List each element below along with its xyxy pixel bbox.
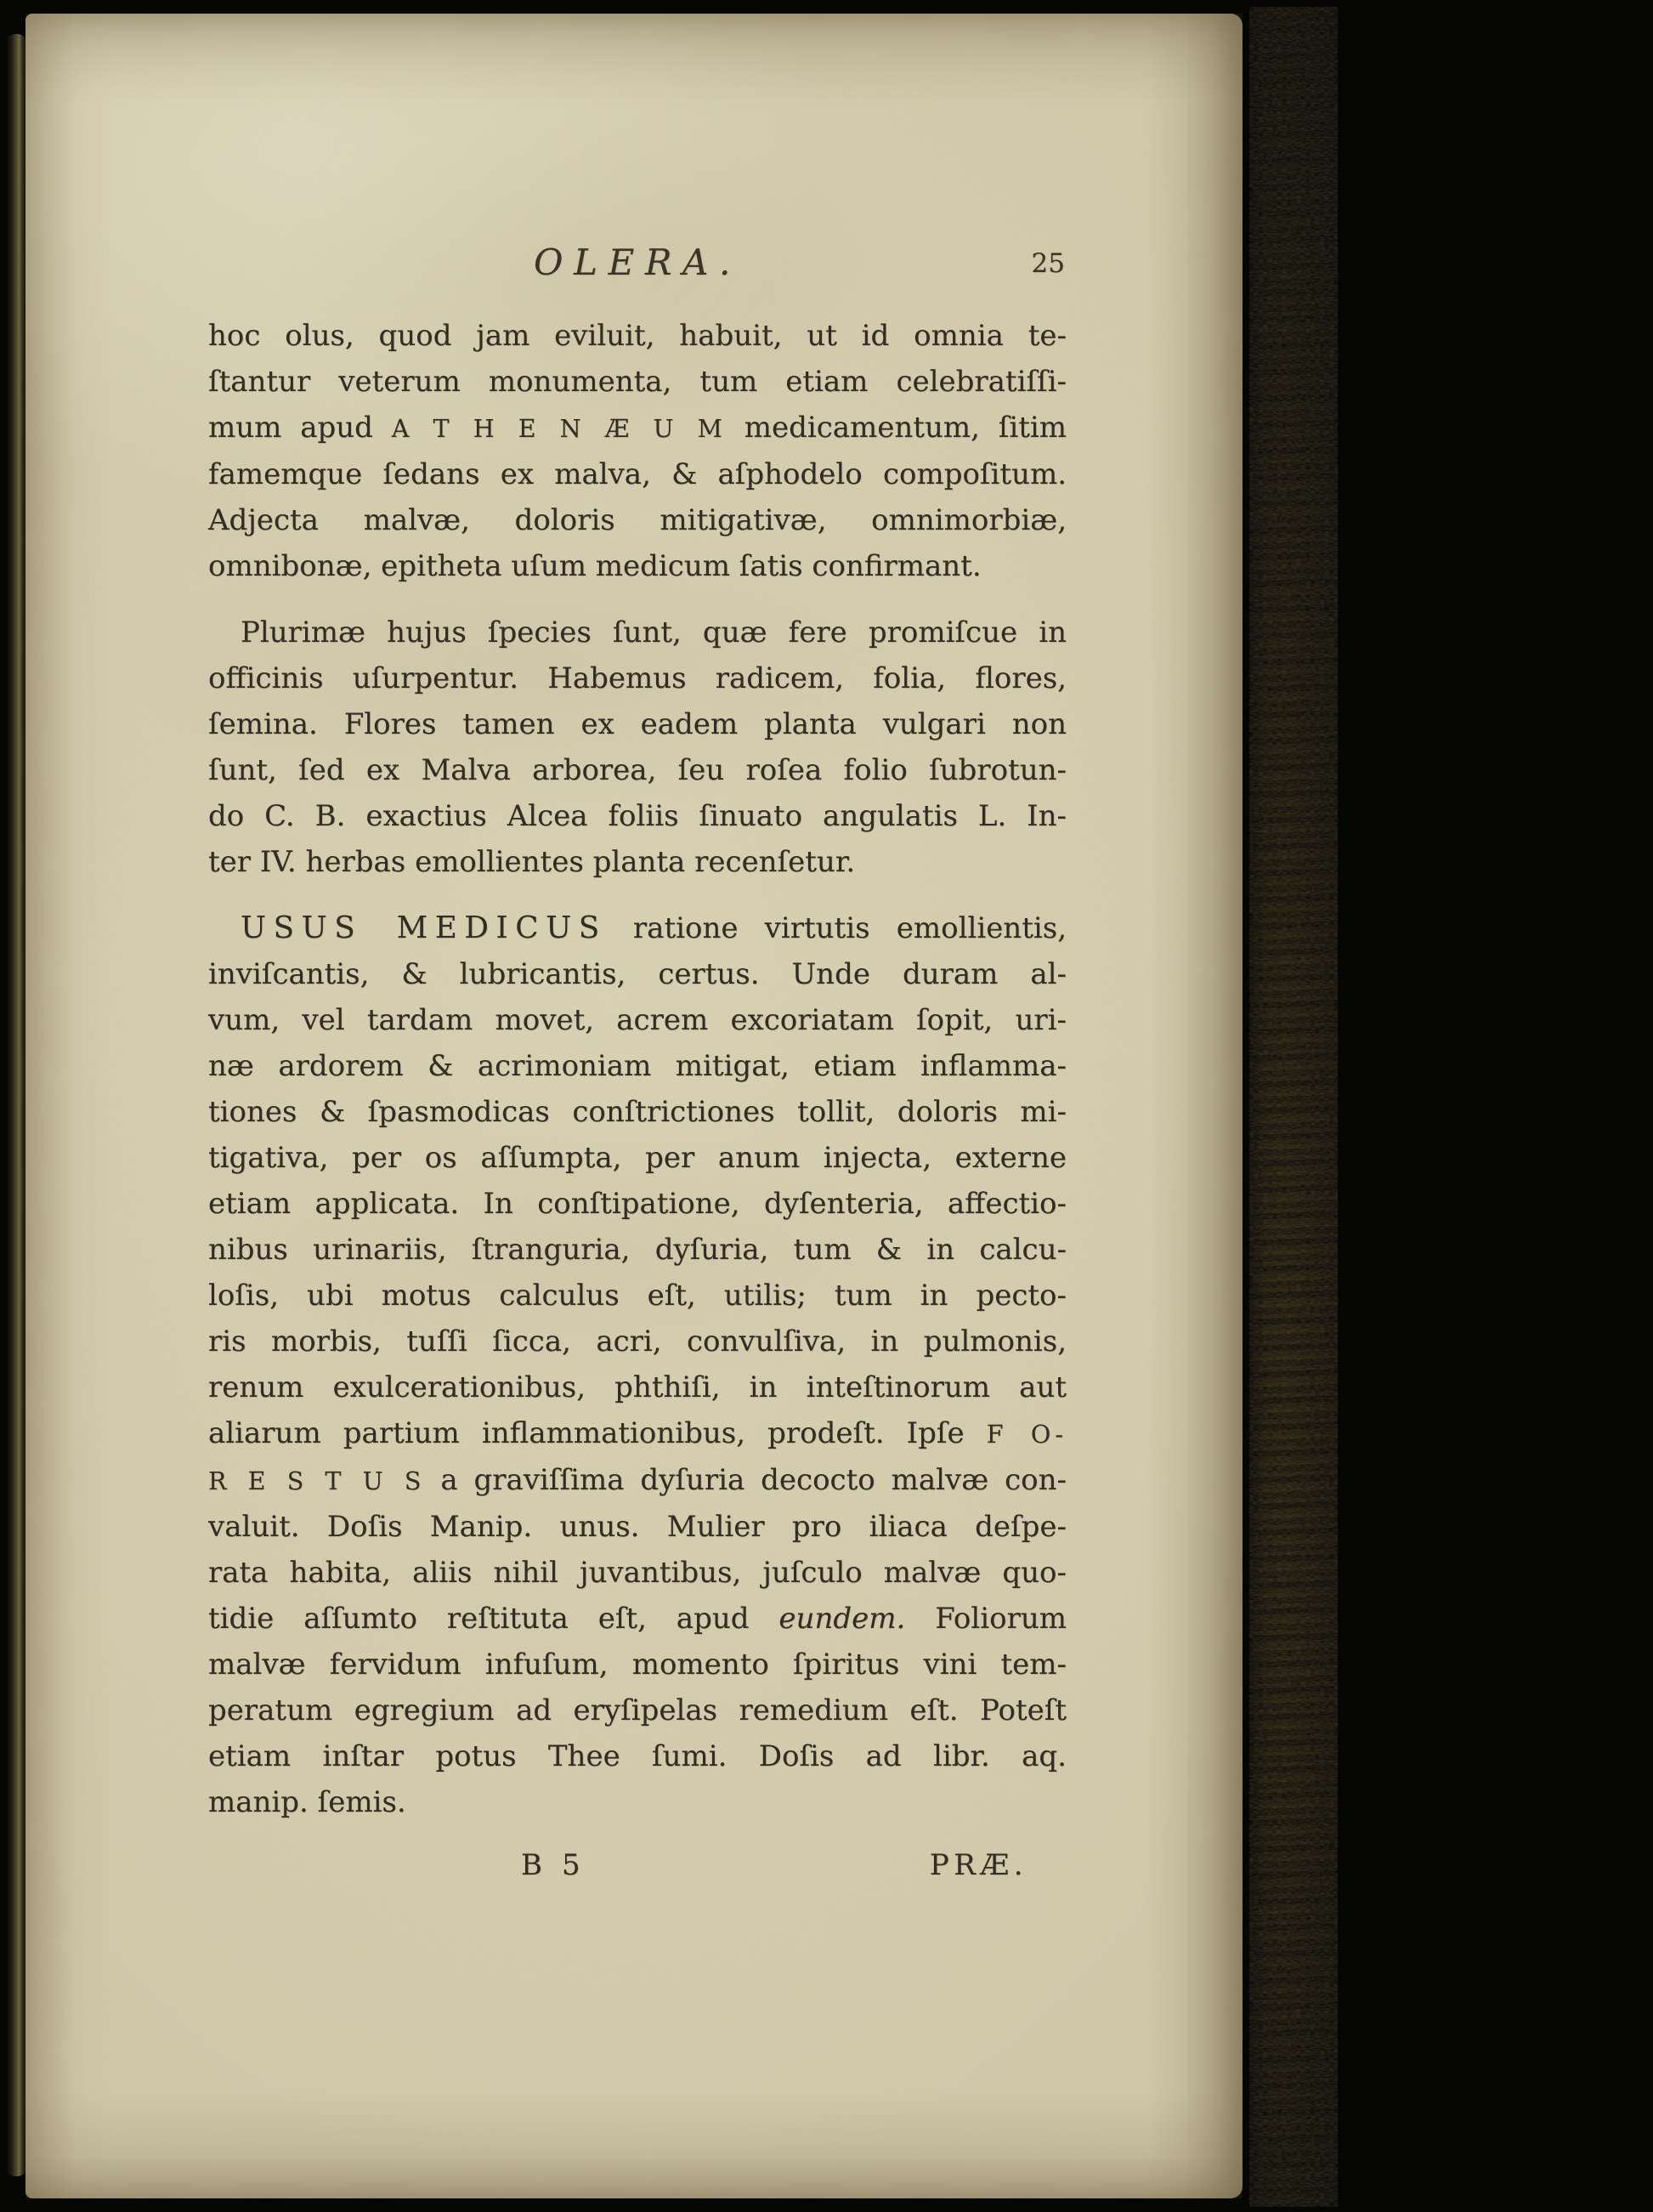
text-line: loſis, ubi motus calculus eſt, utilis; t… xyxy=(208,1273,1067,1319)
running-title: OLERA. xyxy=(208,241,1067,283)
text-line: tidie aſſumto reſtituta eſt, apud eundem… xyxy=(208,1596,1067,1642)
catchword: PRÆ. xyxy=(930,1848,1027,1882)
text-line: ſunt, ſed ex Malva arborea, ſeu roſea fo… xyxy=(208,747,1067,793)
book-scan-scene: OLERA. 25 hoc olus, quod jam eviluit, ha… xyxy=(0,0,1653,2212)
signature-mark: B 5 xyxy=(521,1848,586,1882)
text-line: Adjecta malvæ, doloris mitigativæ, omnim… xyxy=(208,497,1067,543)
text-line: ſtantur veterum monumenta, tum etiam cel… xyxy=(208,359,1067,405)
text-block: hoc olus, quod jam eviluit, habuit, ut i… xyxy=(208,313,1067,1825)
text-line: R E S T U S a graviſſima dyſuria decocto… xyxy=(208,1457,1067,1504)
text-line: do C. B. exactius Alcea foliis ſinuato a… xyxy=(208,793,1067,839)
text-line: Plurimæ hujus ſpecies ſunt, quæ fere pro… xyxy=(208,610,1067,655)
paragraph: hoc olus, quod jam eviluit, habuit, ut i… xyxy=(208,313,1067,589)
paragraph: USUS MEDICUS ratione virtutis emollienti… xyxy=(208,905,1067,1825)
page-header: OLERA. 25 xyxy=(208,241,1067,287)
text-line: peratum egregium ad eryſipelas remedium … xyxy=(208,1687,1067,1733)
text-line: omnibonæ, epitheta uſum medicum ſatis co… xyxy=(208,543,1067,589)
text-line: ſemina. Flores tamen ex eadem planta vul… xyxy=(208,701,1067,747)
text-line: mum apud A T H E N Æ U M medicamentum, ſ… xyxy=(208,405,1067,451)
book-fore-edge xyxy=(1249,7,1338,2207)
text-line: famemque ſedans ex malva, & aſphodelo co… xyxy=(208,451,1067,497)
text-line: nibus urinariis, ſtranguria, dyſuria, tu… xyxy=(208,1227,1067,1273)
text-line: USUS MEDICUS ratione virtutis emollienti… xyxy=(208,905,1067,951)
text-line: etiam inſtar potus Thee ſumi. Doſis ad l… xyxy=(208,1733,1067,1779)
text-line: tigativa, per os aſſumpta, per anum inje… xyxy=(208,1135,1067,1181)
text-line: vum, vel tardam movet, acrem excoriatam … xyxy=(208,997,1067,1043)
text-line: officinis uſurpentur. Habemus radicem, f… xyxy=(208,655,1067,701)
left-page-edge xyxy=(5,34,27,2176)
text-line: ris morbis, tuſſi ſicca, acri, convulſiv… xyxy=(208,1319,1067,1364)
page-number: 25 xyxy=(1032,248,1065,279)
paragraph: Plurimæ hujus ſpecies ſunt, quæ fere pro… xyxy=(208,610,1067,885)
text-line: hoc olus, quod jam eviluit, habuit, ut i… xyxy=(208,313,1067,359)
text-line: inviſcantis, & lubricantis, certus. Unde… xyxy=(208,951,1067,997)
text-line: renum exulcerationibus, phthiſi, in inte… xyxy=(208,1364,1067,1410)
signature-row: B 5 PRÆ. xyxy=(208,1848,1067,1896)
text-line: ter IV. herbas emollientes planta recenſ… xyxy=(208,839,1067,885)
text-line: aliarum partium inflammationibus, prodeſ… xyxy=(208,1410,1067,1457)
text-line: malvæ fervidum infuſum, momento ſpiritus… xyxy=(208,1642,1067,1687)
text-line: tiones & ſpasmodicas conſtrictiones toll… xyxy=(208,1089,1067,1135)
text-line: rata habita, aliis nihil juvantibus, juſ… xyxy=(208,1550,1067,1596)
text-line: valuit. Doſis Manip. unus. Mulier pro il… xyxy=(208,1504,1067,1550)
text-line: næ ardorem & acrimoniam mitigat, etiam i… xyxy=(208,1043,1067,1089)
text-line: manip. ſemis. xyxy=(208,1779,1067,1825)
text-line: etiam applicata. In conſtipatione, dyſen… xyxy=(208,1181,1067,1227)
book-page: OLERA. 25 hoc olus, quod jam eviluit, ha… xyxy=(25,14,1243,2198)
